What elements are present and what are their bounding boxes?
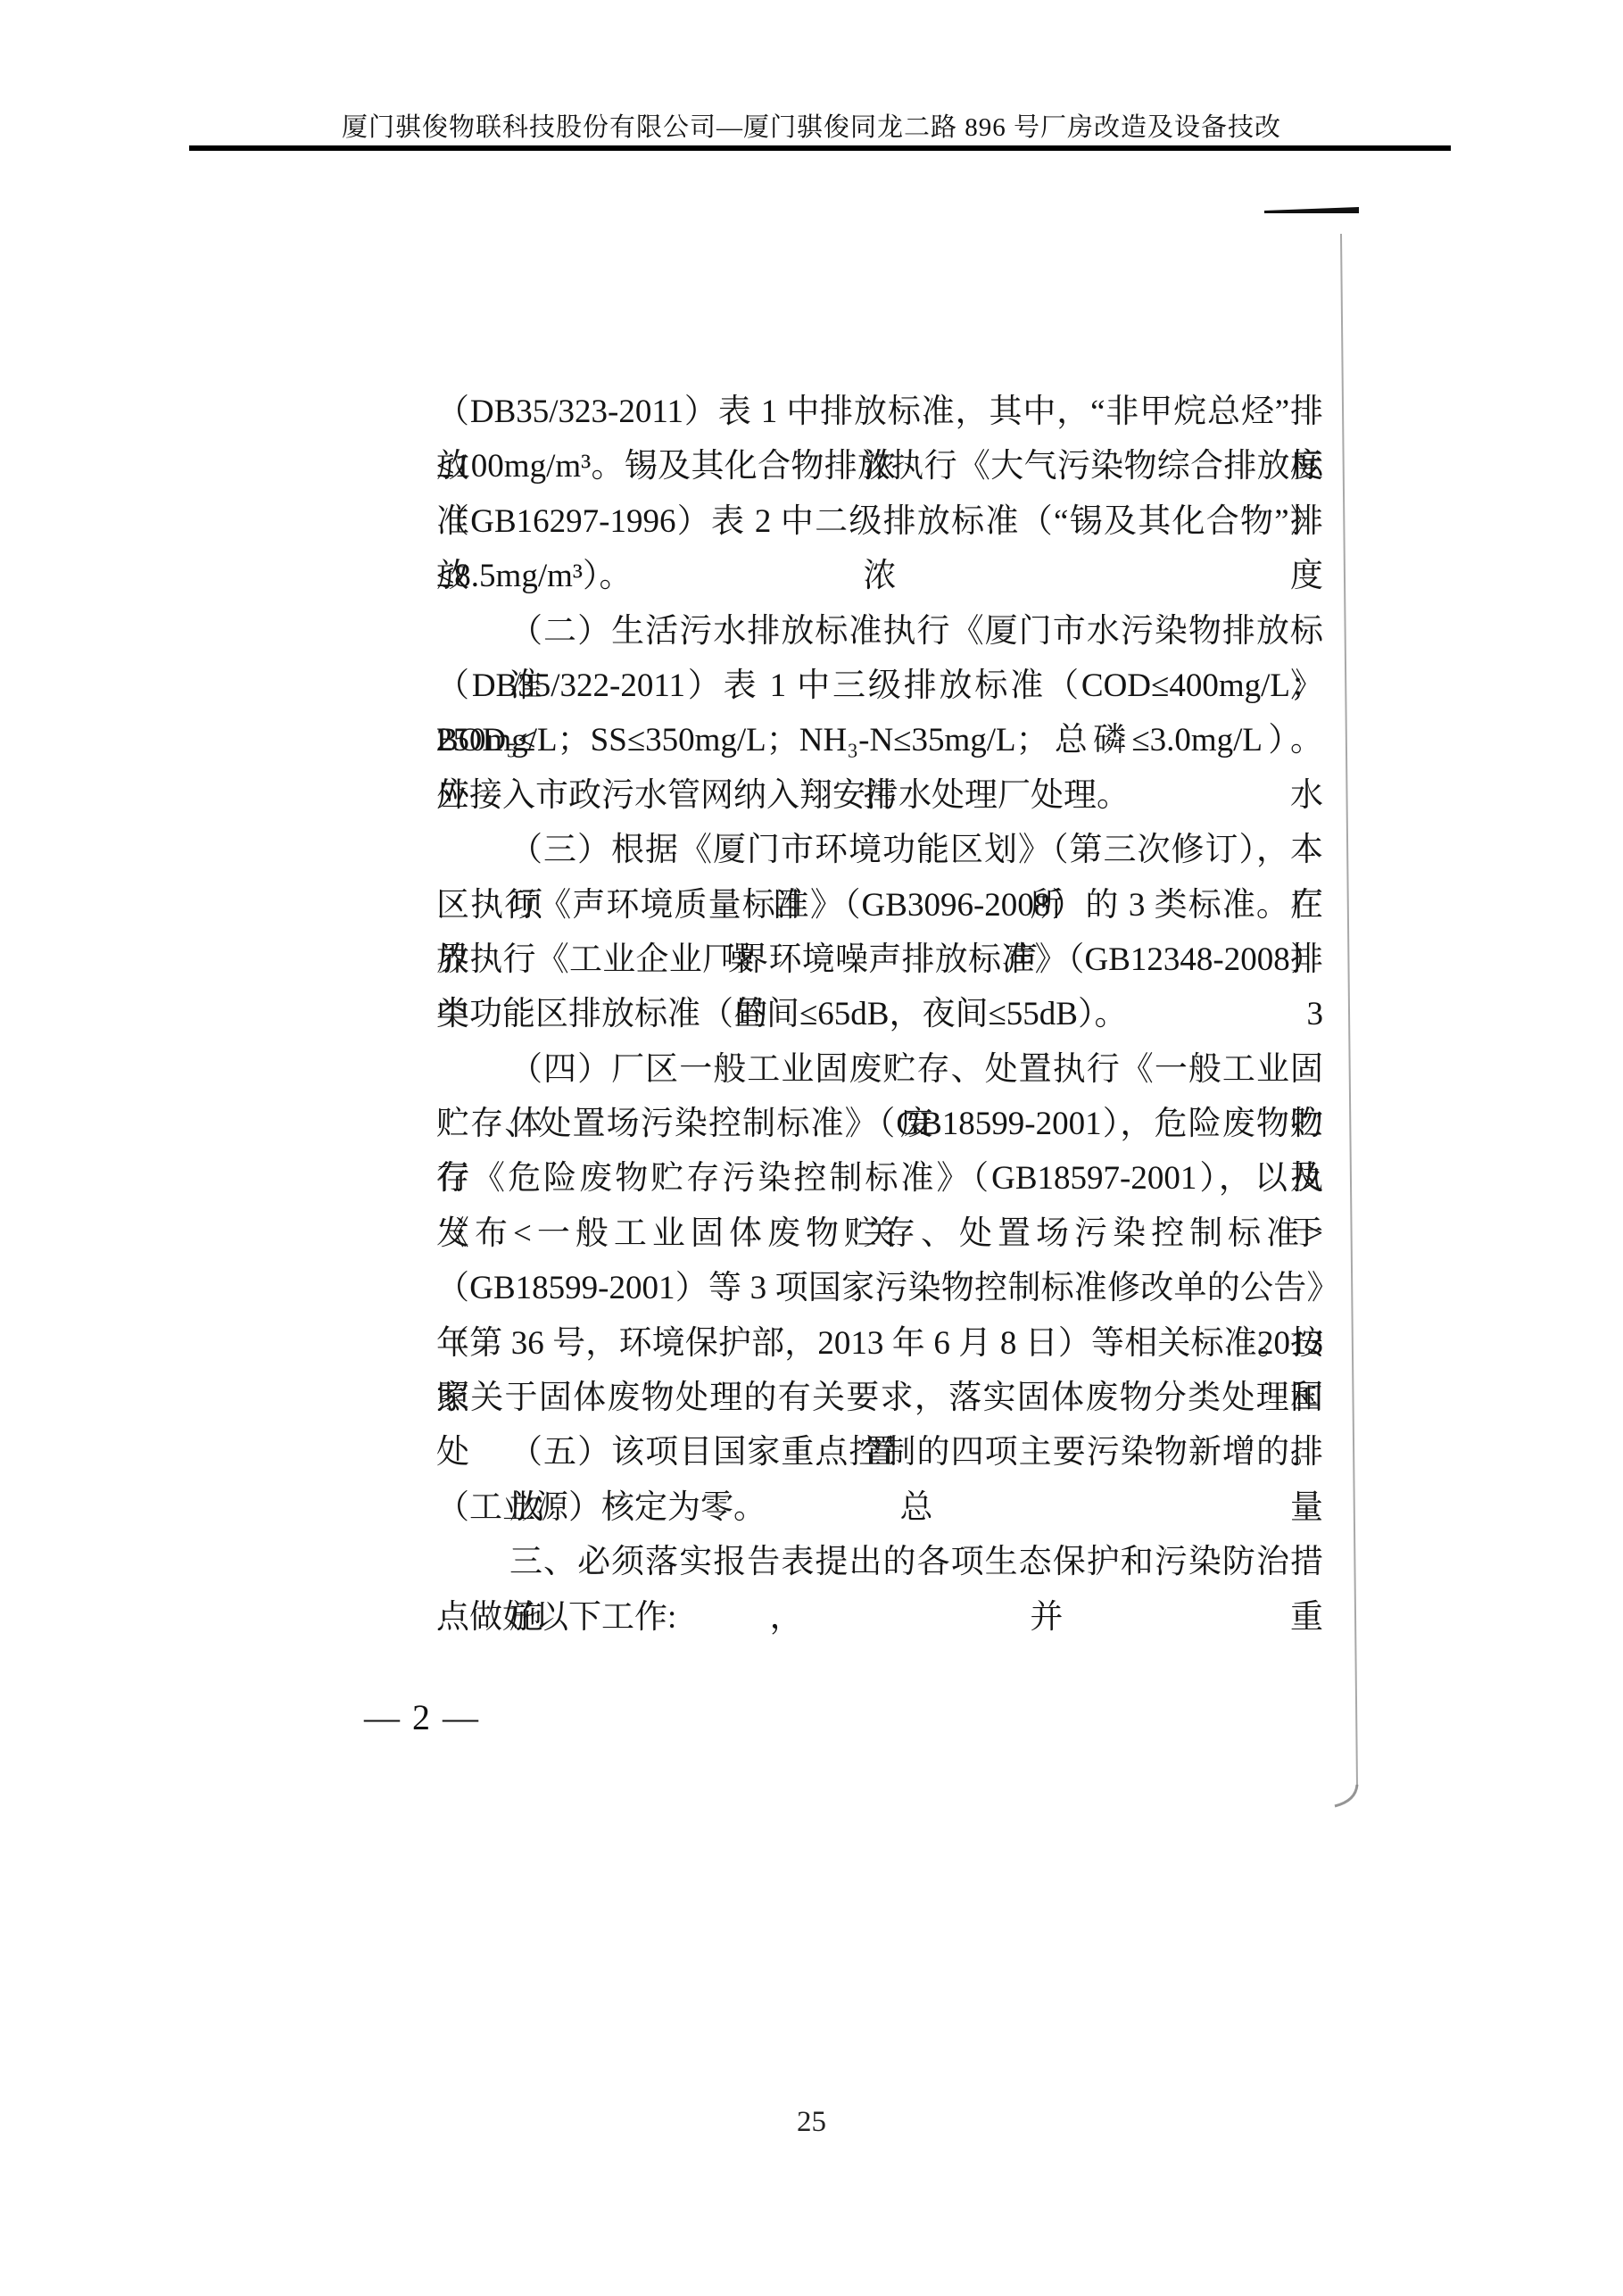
scanned-document-page: 厦门骐俊物联科技股份有限公司—厦门骐俊同龙二路 896 号厂房改造及设备技改 （… [0,0,1623,2296]
body-line: 行《危险废物贮存污染控制标准》（GB18597-2001），以及《关于 [436,1151,1323,1206]
body-line: （DB35/322-2011）表 1 中三级排放标准（COD≤400mg/L；B… [436,659,1323,713]
body-line: 放执行《工业企业厂界环境噪声排放标准》（GB12348-2008）中的 3 [436,932,1323,987]
body-line: 年第 36 号，环境保护部，2013 年 6 月 8 日）等相关标准。按照国 [436,1316,1323,1371]
body-line: 贮存、处置场污染控制标准》（GB18599-2001），危险废物贮存执 [436,1097,1323,1151]
document-body: （DB35/323-2011）表 1 中排放标准，其中，“非甲烷总烃”排放浓度 … [436,385,1323,1645]
body-line: ≤100mg/m³。锡及其化合物排放执行《大气污染物综合排放标准》 [436,439,1323,493]
body-line: （五）该项目国家重点控制的四项主要污染物新增的排放总量 [436,1425,1323,1480]
scan-artifact-mark [1264,207,1359,213]
body-line: 区执行《声环境质量标准》（GB3096-2008）的 3 类标准。厂界噪声排 [436,878,1323,932]
body-line: （三）根据《厦门市环境功能区划》（第三次修订），本项目所在 [436,823,1323,877]
body-line: 家关于固体废物处理的有关要求，落实固体废物分类处理和处置。 [436,1371,1323,1425]
sheet-number: 25 [0,2106,1623,2139]
body-line: 250mg/L；SS≤350mg/L；NH₃-N≤35mg/L；总磷≤3.0mg… [436,713,1323,767]
body-line: （GB18599-2001）等 3 项国家污染物控制标准修改单的公告》（2013 [436,1261,1323,1315]
body-line: （二）生活污水排放标准执行《厦门市水污染物排放标准》 [436,604,1323,659]
body-line: 发布<一般工业固体废物贮存、处置场污染控制标准> [436,1206,1323,1261]
scan-artifact-hook [1335,1785,1357,1806]
document-header-title: 厦门骐俊物联科技股份有限公司—厦门骐俊同龙二路 896 号厂房改造及设备技改 [0,107,1623,144]
header-rule [189,145,1451,151]
scan-artifact-vertical-line [1341,234,1357,1786]
body-line: 三、必须落实报告表提出的各项生态保护和污染防治措施，并重 [436,1535,1323,1589]
body-line: （GB16297-1996）表 2 中二级排放标准（“锡及其化合物”排放浓度 [436,494,1323,549]
page-label: — 2 — [364,1696,480,1738]
body-line: （DB35/323-2011）表 1 中排放标准，其中，“非甲烷总烃”排放浓度 [436,385,1323,439]
body-line: （四）厂区一般工业固废贮存、处置执行《一般工业固体废物 [436,1042,1323,1097]
